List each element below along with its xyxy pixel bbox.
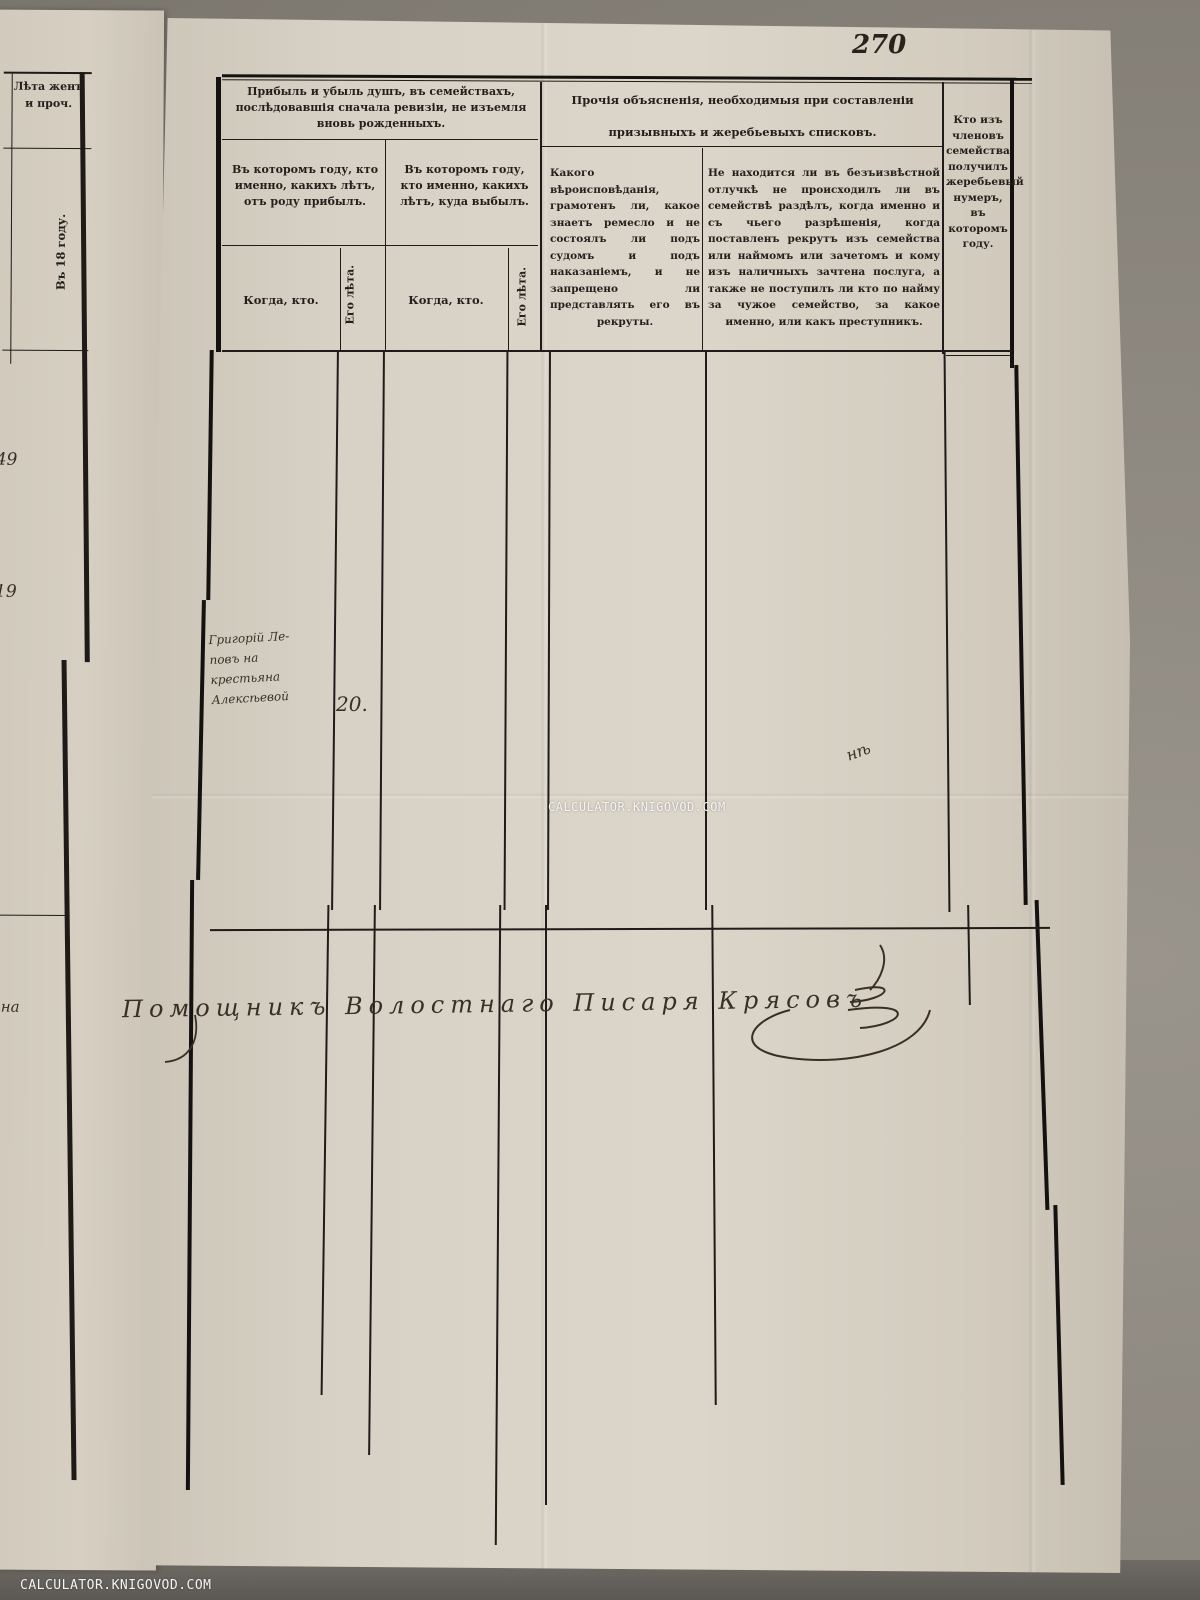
page-number: 270 [852,30,906,60]
arrived-when-who-header: Когда, кто. [222,292,340,309]
thick-border [62,660,77,1480]
column-rule [705,350,707,910]
handwritten-number: 19 [0,582,17,602]
table-rule [4,72,92,74]
column-rule [540,82,542,350]
handwritten-number: 49 [0,450,17,470]
table-rule [10,74,13,364]
religion-column-header: Какого вѣроисповѣданія, грамотенъ ли, ка… [550,165,700,330]
header-rule [946,355,1014,356]
column-rule [942,82,944,354]
paper-fold [148,793,1130,799]
column-rule [385,140,386,350]
handwritten-fragment: нна [0,998,20,1016]
header-bottom-rule [222,350,1012,352]
header-rule [222,245,538,246]
other-header-line1: Прочія объясненія, необходимыя при соста… [545,92,940,109]
other-header-line2: призывныхъ и жеребьевыхъ списковъ. [545,124,940,141]
left-page-fragment: Лѣта женъ и проч. Въ 18 году. 49 19 нна [0,10,164,1571]
table-rule [3,148,91,149]
left-column-header: Лѣта женъ и проч. [14,78,84,112]
handwritten-arrived-entry: Григорій Ле- повъ на крестьяна Алексѣево… [208,626,293,710]
signature-flourish [160,1010,220,1070]
handwritten-line: Алексѣевой [211,686,293,710]
column-rule [702,148,703,350]
header-rule [542,146,942,147]
table-left-border [216,77,221,352]
handwritten-age: 20. [336,692,368,716]
handwritten-line: Григорій Ле- [208,626,290,650]
absence-column-header: Не находится ли въ безъизвѣстной отлучкѣ… [708,165,940,330]
arrived-age-header: Его лѣта. [344,269,357,325]
table-rule [2,350,88,351]
table-rule [0,915,69,916]
departed-header: Въ которомъ году, кто именно, какихъ лѣт… [392,162,537,210]
departed-when-who-header: Когда, кто. [386,292,506,309]
watermark-bottom-left: CALCULATOR.KNIGOVOD.COM [20,1578,212,1593]
watermark-center: CALCULATOR.KNIGOVOD.COM [548,800,726,814]
arrived-header: Въ которомъ году, кто именно, какихъ лѣт… [230,162,380,210]
lot-number-header: Кто изъ членовъ семейства получилъ жереб… [946,113,1010,253]
left-year-label: Въ 18 году. [54,192,69,312]
column-rule [340,248,341,350]
gain-loss-header: Прибыль и убыль душъ, въ семействахъ, по… [226,84,536,132]
table-right-border [1010,78,1014,368]
header-rule [222,139,538,140]
signature-flourish [730,940,940,1090]
column-rule [508,248,509,350]
departed-age-header: Его лѣта. [516,271,529,327]
thick-border [80,72,90,662]
